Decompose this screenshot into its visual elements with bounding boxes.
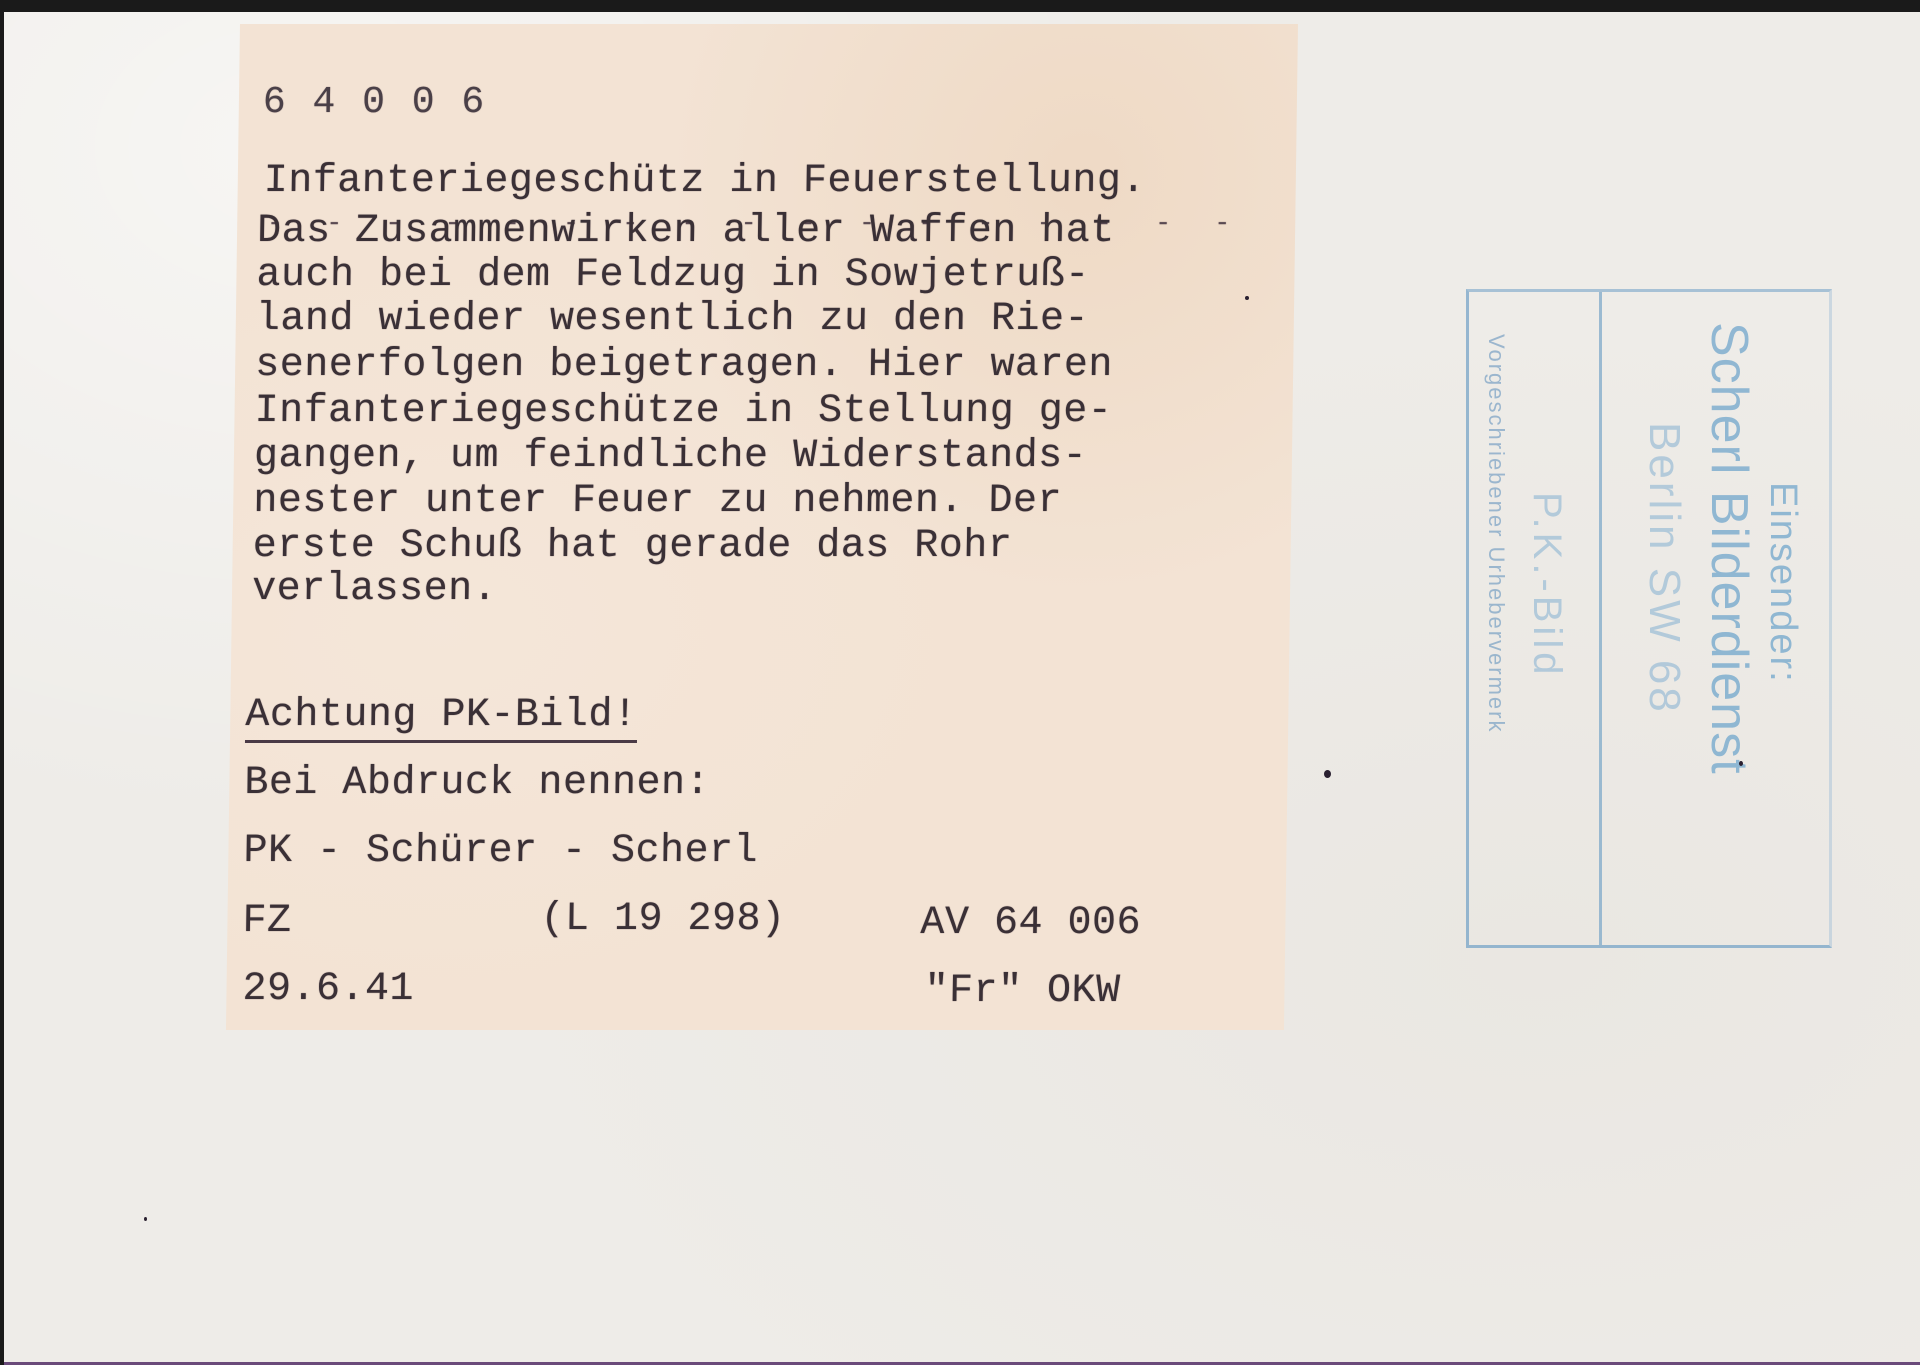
- body-line: auch bei dem Feldzug in Sowjetruß-: [256, 256, 1090, 296]
- ink-speck: [1324, 770, 1331, 778]
- ink-speck: [144, 1217, 147, 1221]
- body-line: gangen, um feindliche Widerstands-: [254, 437, 1088, 477]
- stamp-agency: Scherl Bilderdienst: [1699, 322, 1759, 775]
- body-line: erste Schuß hat gerade das Rohr: [252, 527, 1012, 567]
- stamp-divider: [1599, 292, 1602, 945]
- l-number: (L 19 298): [540, 900, 786, 940]
- body-line: Infanteriegeschütze in Stellung ge-: [254, 392, 1112, 432]
- source-code: "Fr" OKW: [924, 972, 1121, 1012]
- body-line: land wieder wesentlich zu den Rie-: [256, 300, 1090, 340]
- credit-instruction: Bei Abdruck nennen:: [244, 764, 710, 804]
- stamp-address: Berlin SW 68: [1639, 422, 1689, 715]
- caption-label: 6 4 0 0 6 Infanteriegeschütz in Feuerste…: [226, 24, 1298, 1030]
- body-line: Das Zusammenwirken aller Waffen hat: [257, 212, 1115, 252]
- stamp-einsender: Einsender:: [1761, 482, 1804, 684]
- stamp-note: Vorgeschriebener Urhebervermerk: [1483, 334, 1509, 734]
- photo-credit: PK - Schürer - Scherl: [243, 832, 758, 872]
- attention-heading: Achtung PK-Bild!: [245, 696, 638, 743]
- av-number: AV 64 006: [920, 904, 1141, 944]
- date: 29.6.41: [242, 970, 414, 1010]
- stamp-pk-bild: P.K.-Bild: [1524, 492, 1569, 678]
- archive-number: 6 4 0 0 6: [263, 84, 487, 122]
- body-line: verlassen.: [252, 570, 498, 610]
- ink-speck: [1245, 296, 1249, 300]
- fz-code: FZ: [242, 902, 292, 942]
- agency-stamp: Einsender: Scherl Bilderdienst Berlin SW…: [1466, 289, 1832, 948]
- caption-title: Infanteriegeschütz in Feuerstellung.: [264, 162, 1147, 202]
- photo-back: 6 4 0 0 6 Infanteriegeschütz in Feuerste…: [4, 12, 1920, 1365]
- ink-speck: [1739, 761, 1743, 766]
- body-line: nester unter Feuer zu nehmen. Der: [253, 482, 1062, 522]
- body-line: senerfolgen beigetragen. Hier waren: [255, 346, 1113, 386]
